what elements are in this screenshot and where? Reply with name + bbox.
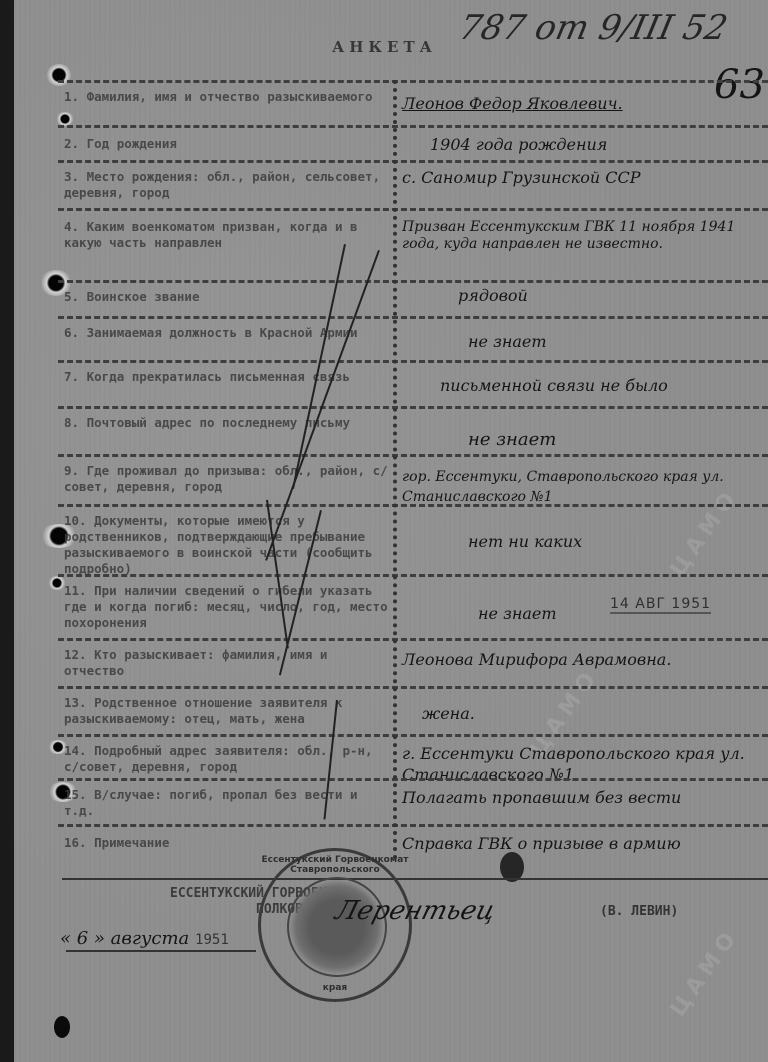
form-row: 16. Примечание Справка ГВК о призыве в а…: [58, 824, 768, 867]
form-row: 9. Где проживал до призыва: обл., район,…: [58, 454, 768, 507]
answer-text: письменной связи не было: [440, 375, 768, 396]
coat-of-arms-icon: [287, 877, 387, 977]
question-label: 7. Когда прекратилась письменная связь: [64, 369, 390, 385]
column-divider: [393, 80, 397, 860]
registration-note: 787 от 9/III 52: [456, 8, 731, 48]
form-row: 10. Документы, которые имеются у родстве…: [58, 504, 768, 577]
question-label: 1. Фамилия, имя и отчество разыскиваемог…: [64, 89, 390, 105]
document-title: АНКЕТА: [332, 38, 437, 56]
question-label: 14. Подробный адрес заявителя: обл., р-н…: [64, 743, 390, 775]
form-row: 12. Кто разыскивает: фамилия, имя и отче…: [58, 638, 768, 689]
form-row: 6. Занимаемая должность в Красной Армии …: [58, 316, 768, 363]
form-row: 7. Когда прекратилась письменная связь п…: [58, 360, 768, 409]
answer-text: 1904 года рождения: [430, 134, 768, 155]
question-label: 4. Каким военкоматом призван, когда и в …: [64, 219, 390, 251]
answer-text: Полагать пропавшим без вести: [402, 787, 768, 808]
signature-date: « 6 » августа 1951: [60, 928, 229, 949]
answer-text: Справка ГВК о призыве в армию: [402, 833, 768, 854]
question-label: 13. Родственное отношение заявителя к ра…: [64, 695, 390, 727]
form-row: 4. Каким военкоматом призван, когда и в …: [58, 208, 768, 273]
form-row: 3. Место рождения: обл., район, сельсове…: [58, 160, 768, 211]
answer-text: не знает: [468, 331, 768, 352]
question-label: 5. Воинское звание: [64, 289, 390, 305]
form-row: 14. Подробный адрес заявителя: обл., р-н…: [58, 734, 768, 781]
question-label: 9. Где проживал до призыва: обл., район,…: [64, 463, 390, 495]
form-row: 5. Воинское звание рядовой: [58, 280, 768, 313]
question-label: 12. Кто разыскивает: фамилия, имя и отче…: [64, 647, 390, 679]
watermark: ЦАМО: [666, 924, 745, 1022]
question-label: 6. Занимаемая должность в Красной Армии: [64, 325, 390, 341]
form-row: 15. В/случае: погиб, пропал без вести и …: [58, 778, 768, 821]
answer-text: Призван Ессентукским ГВК 11 ноября 1941 …: [402, 219, 768, 253]
form-row: 13. Родственное отношение заявителя к ра…: [58, 686, 768, 737]
ink-blot: [54, 1016, 70, 1038]
answer-text: нет ни каких: [468, 531, 768, 552]
answer-text: гор. Ессентуки, Ставропольского края ул.…: [402, 467, 768, 507]
date-underline: [66, 950, 256, 952]
form-row: 2. Год рождения 1904 года рождения: [58, 125, 768, 163]
form-row: 8. Почтовый адрес по последнему письму н…: [58, 406, 768, 457]
form-row: 1. Фамилия, имя и отчество разыскиваемог…: [58, 80, 768, 128]
stamp-text: Ессентукский Горвоенкомат Ставропольског…: [261, 855, 409, 875]
stamp-text: края: [261, 983, 409, 993]
answer-text: с. Саномир Грузинской ССР: [402, 167, 768, 188]
question-label: 11. При наличии сведений о гибели указат…: [64, 583, 390, 631]
question-label: 10. Документы, которые имеются у родстве…: [64, 513, 390, 577]
answer-text: Леонов Федор Яковлевич.: [402, 93, 768, 114]
question-label: 3. Место рождения: обл., район, сельсове…: [64, 169, 390, 201]
question-label: 8. Почтовый адрес по последнему письму: [64, 415, 390, 431]
received-date-stamp: 14 АВГ 1951: [610, 596, 711, 614]
answer-text: рядовой: [458, 285, 768, 306]
signature: Лерентьец: [332, 896, 499, 926]
answer-text: жена.: [422, 703, 768, 724]
answer-text: не знает: [468, 429, 768, 450]
question-label: 15. В/случае: погиб, пропал без вести и …: [64, 787, 390, 819]
form-bottom-line: [62, 878, 768, 880]
signer-name: (В. ЛЕВИН): [600, 904, 678, 919]
answer-text: Леонова Мирифора Аврамовна.: [402, 649, 768, 670]
question-label: 2. Год рождения: [64, 136, 390, 152]
